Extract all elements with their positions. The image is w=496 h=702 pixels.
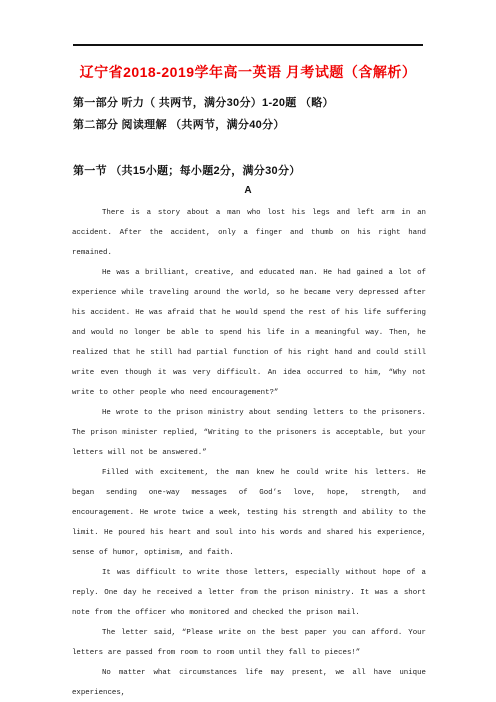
passage-paragraph: There is a story about a man who lost hi… (72, 203, 426, 263)
header-rule (73, 44, 423, 46)
heading-part1-listening: 第一部分 听力（ 共两节，满分30分）1-20题 （略） (73, 94, 433, 110)
passage-paragraph: He wrote to the prison ministry about se… (72, 403, 426, 463)
passage-paragraph: He was a brilliant, creative, and educat… (72, 263, 426, 403)
document-page: 辽宁省2018-2019学年高一英语 月考试题（含解析） 第一部分 听力（ 共两… (0, 0, 496, 702)
heading-section1: 第一节 （共15小题；每小题2分，满分30分） (73, 162, 433, 178)
passage-label-a: A (0, 185, 496, 196)
passage-paragraph: Filled with excitement, the man knew he … (72, 463, 426, 563)
page-title: 辽宁省2018-2019学年高一英语 月考试题（含解析） (0, 62, 496, 82)
passage-paragraph: The letter said, “Please write on the be… (72, 623, 426, 663)
reading-passage: There is a story about a man who lost hi… (72, 203, 426, 702)
passage-paragraph: No matter what circumstances life may pr… (72, 663, 426, 702)
heading-part2-reading: 第二部分 阅读理解 （共两节，满分40分） (73, 116, 433, 132)
passage-paragraph: It was difficult to write those letters,… (72, 563, 426, 623)
